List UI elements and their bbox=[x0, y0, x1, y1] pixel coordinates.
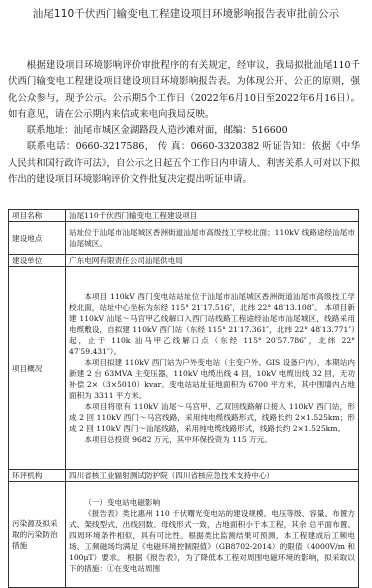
row-label: 环评机构 bbox=[9, 470, 66, 482]
notice-paragraph-contact: 联系电话：0660-3217586， 传 真：0660-3320382 听证告知… bbox=[8, 139, 360, 188]
row-value: 站址位于汕尾市汕尾城区香洲街道汕尾市高级技工学校北面；110kV 线路途经汕尾市… bbox=[66, 222, 359, 255]
row-label: 建设地点 bbox=[9, 222, 66, 255]
row-label: 项目名称 bbox=[9, 210, 66, 222]
row-label: 项目概况 bbox=[9, 267, 66, 470]
table-row-pollution-measures: 污染源及拟采取的污染防治措施 （一）变电站电磁影响 《报告表》类比惠州 110 … bbox=[9, 482, 359, 588]
value-text: 汕尾110千伏西门输变电工程建设项目 bbox=[69, 210, 355, 221]
value-text: 四川省核工业辐射测试防护院（四川省核应急技术支持中心） bbox=[69, 470, 355, 481]
row-value: 本项目 110kV 西门变电站站址位于汕尾市汕尾城区香洲街道汕尾市高级技工学校北… bbox=[66, 267, 359, 470]
value-text: 本项目拟建 110kV 西门站为户外变电站（主变户外、GIS 设备户内），本期站… bbox=[69, 357, 355, 401]
notice-paragraph-address: 联系地址：汕尾市城区金湖路段人造沙滩对面，邮编：516600 bbox=[8, 123, 360, 139]
table-row-eia-agency: 环评机构 四川省核工业辐射测试防护院（四川省核应急技术支持中心） bbox=[9, 470, 359, 482]
notice-paragraph-intro: 根据建设项目环境影响评价审批程序的有关规定，经审议，我局拟批汕尾110千伏西门输… bbox=[8, 58, 360, 123]
table-row-location: 建设地点 站址位于汕尾市汕尾城区香洲街道汕尾市高级技工学校北面；110kV 线路… bbox=[9, 222, 359, 255]
row-value: 广东电网有限责任公司汕尾供电局 bbox=[66, 255, 359, 267]
value-text: 站址位于汕尾市汕尾城区香洲街道汕尾市高级技工学校北面；110kV 线路途经汕尾市… bbox=[69, 227, 355, 249]
row-label: 污染源及拟采取的污染防治措施 bbox=[9, 482, 66, 588]
table-row-project-name: 项目名称 汕尾110千伏西门输变电工程建设项目 bbox=[9, 210, 359, 222]
row-value: 汕尾110千伏西门输变电工程建设项目 bbox=[66, 210, 359, 222]
row-label: 建设单位 bbox=[9, 255, 66, 267]
value-text: 广东电网有限责任公司汕尾供电局 bbox=[69, 255, 355, 266]
value-text: （一）变电站电磁影响 bbox=[69, 497, 355, 508]
table-row-construction-unit: 建设单位 广东电网有限责任公司汕尾供电局 bbox=[9, 255, 359, 267]
value-text: 《报告表》类比惠州 110 千伏曙光变电站的建设规模、电压等级、容量、布置方式、… bbox=[69, 508, 355, 574]
notice-body: 根据建设项目环境影响评价审批程序的有关规定，经审议，我局拟批汕尾110千伏西门输… bbox=[8, 58, 360, 188]
project-info-table: 项目名称 汕尾110千伏西门输变电工程建设项目 建设地点 站址位于汕尾市汕尾城区… bbox=[8, 209, 359, 588]
page-title: 汕尾110千伏西门输变电工程建设项目环境影响报告表审批前公示 bbox=[0, 6, 372, 21]
row-value: 四川省核工业辐射测试防护院（四川省核应急技术支持中心） bbox=[66, 470, 359, 482]
value-text: 本项目将原有 110kV 汕尾～马宫甲、乙双回线路解口接入 110kV 西门站，… bbox=[69, 401, 355, 434]
table-row-overview: 项目概况 本项目 110kV 西门变电站站址位于汕尾市汕尾城区香洲街道汕尾市高级… bbox=[9, 267, 359, 470]
row-value: （一）变电站电磁影响 《报告表》类比惠州 110 千伏曙光变电站的建设规模、电压… bbox=[66, 482, 359, 588]
value-text: 本项目总投资 9682 万元，其中环保投资为 115 万元。 bbox=[69, 434, 355, 445]
value-text: 本项目 110kV 西门变电站站址位于汕尾市汕尾城区香洲街道汕尾市高级技工学校北… bbox=[69, 291, 355, 357]
